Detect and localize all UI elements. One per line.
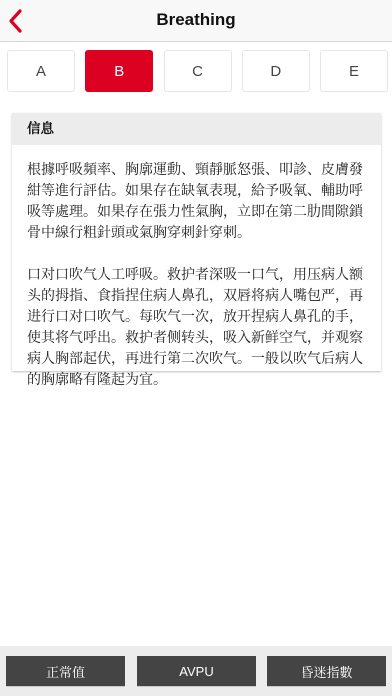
footer-toolbar: 正常值 AVPU 昏迷指數 [0,646,392,696]
info-card-body: 根據呼吸頻率、胸廓運動、頸靜脈怒張、叩診、皮膚發紺等進行評估。如果存在缺氧表現，… [12,145,381,390]
tab-b[interactable]: B [85,50,153,92]
info-card: 信息 根據呼吸頻率、胸廓運動、頸靜脈怒張、叩診、皮膚發紺等進行評估。如果存在缺氧… [12,113,381,371]
rescue-breathing-paragraph: 口对口吹气人工呼吸。救护者深吸一口气，用压病人额头的拇指、食指捏住病人鼻孔，双唇… [27,264,366,390]
tab-c[interactable]: C [164,50,232,92]
assessment-paragraph: 根據呼吸頻率、胸廓運動、頸靜脈怒張、叩診、皮膚發紺等進行評估。如果存在缺氧表現，… [27,159,366,243]
tab-e[interactable]: E [320,50,388,92]
avpu-button[interactable]: AVPU [137,656,256,686]
page-title: Breathing [0,10,392,30]
nav-bar: Breathing [0,0,392,42]
tab-a[interactable]: A [7,50,75,92]
abcde-tab-bar: A B C D E [7,50,388,93]
info-card-header: 信息 [12,113,381,145]
tab-d[interactable]: D [242,50,310,92]
normal-values-button[interactable]: 正常值 [6,656,125,686]
coma-scale-button[interactable]: 昏迷指數 [267,656,386,686]
